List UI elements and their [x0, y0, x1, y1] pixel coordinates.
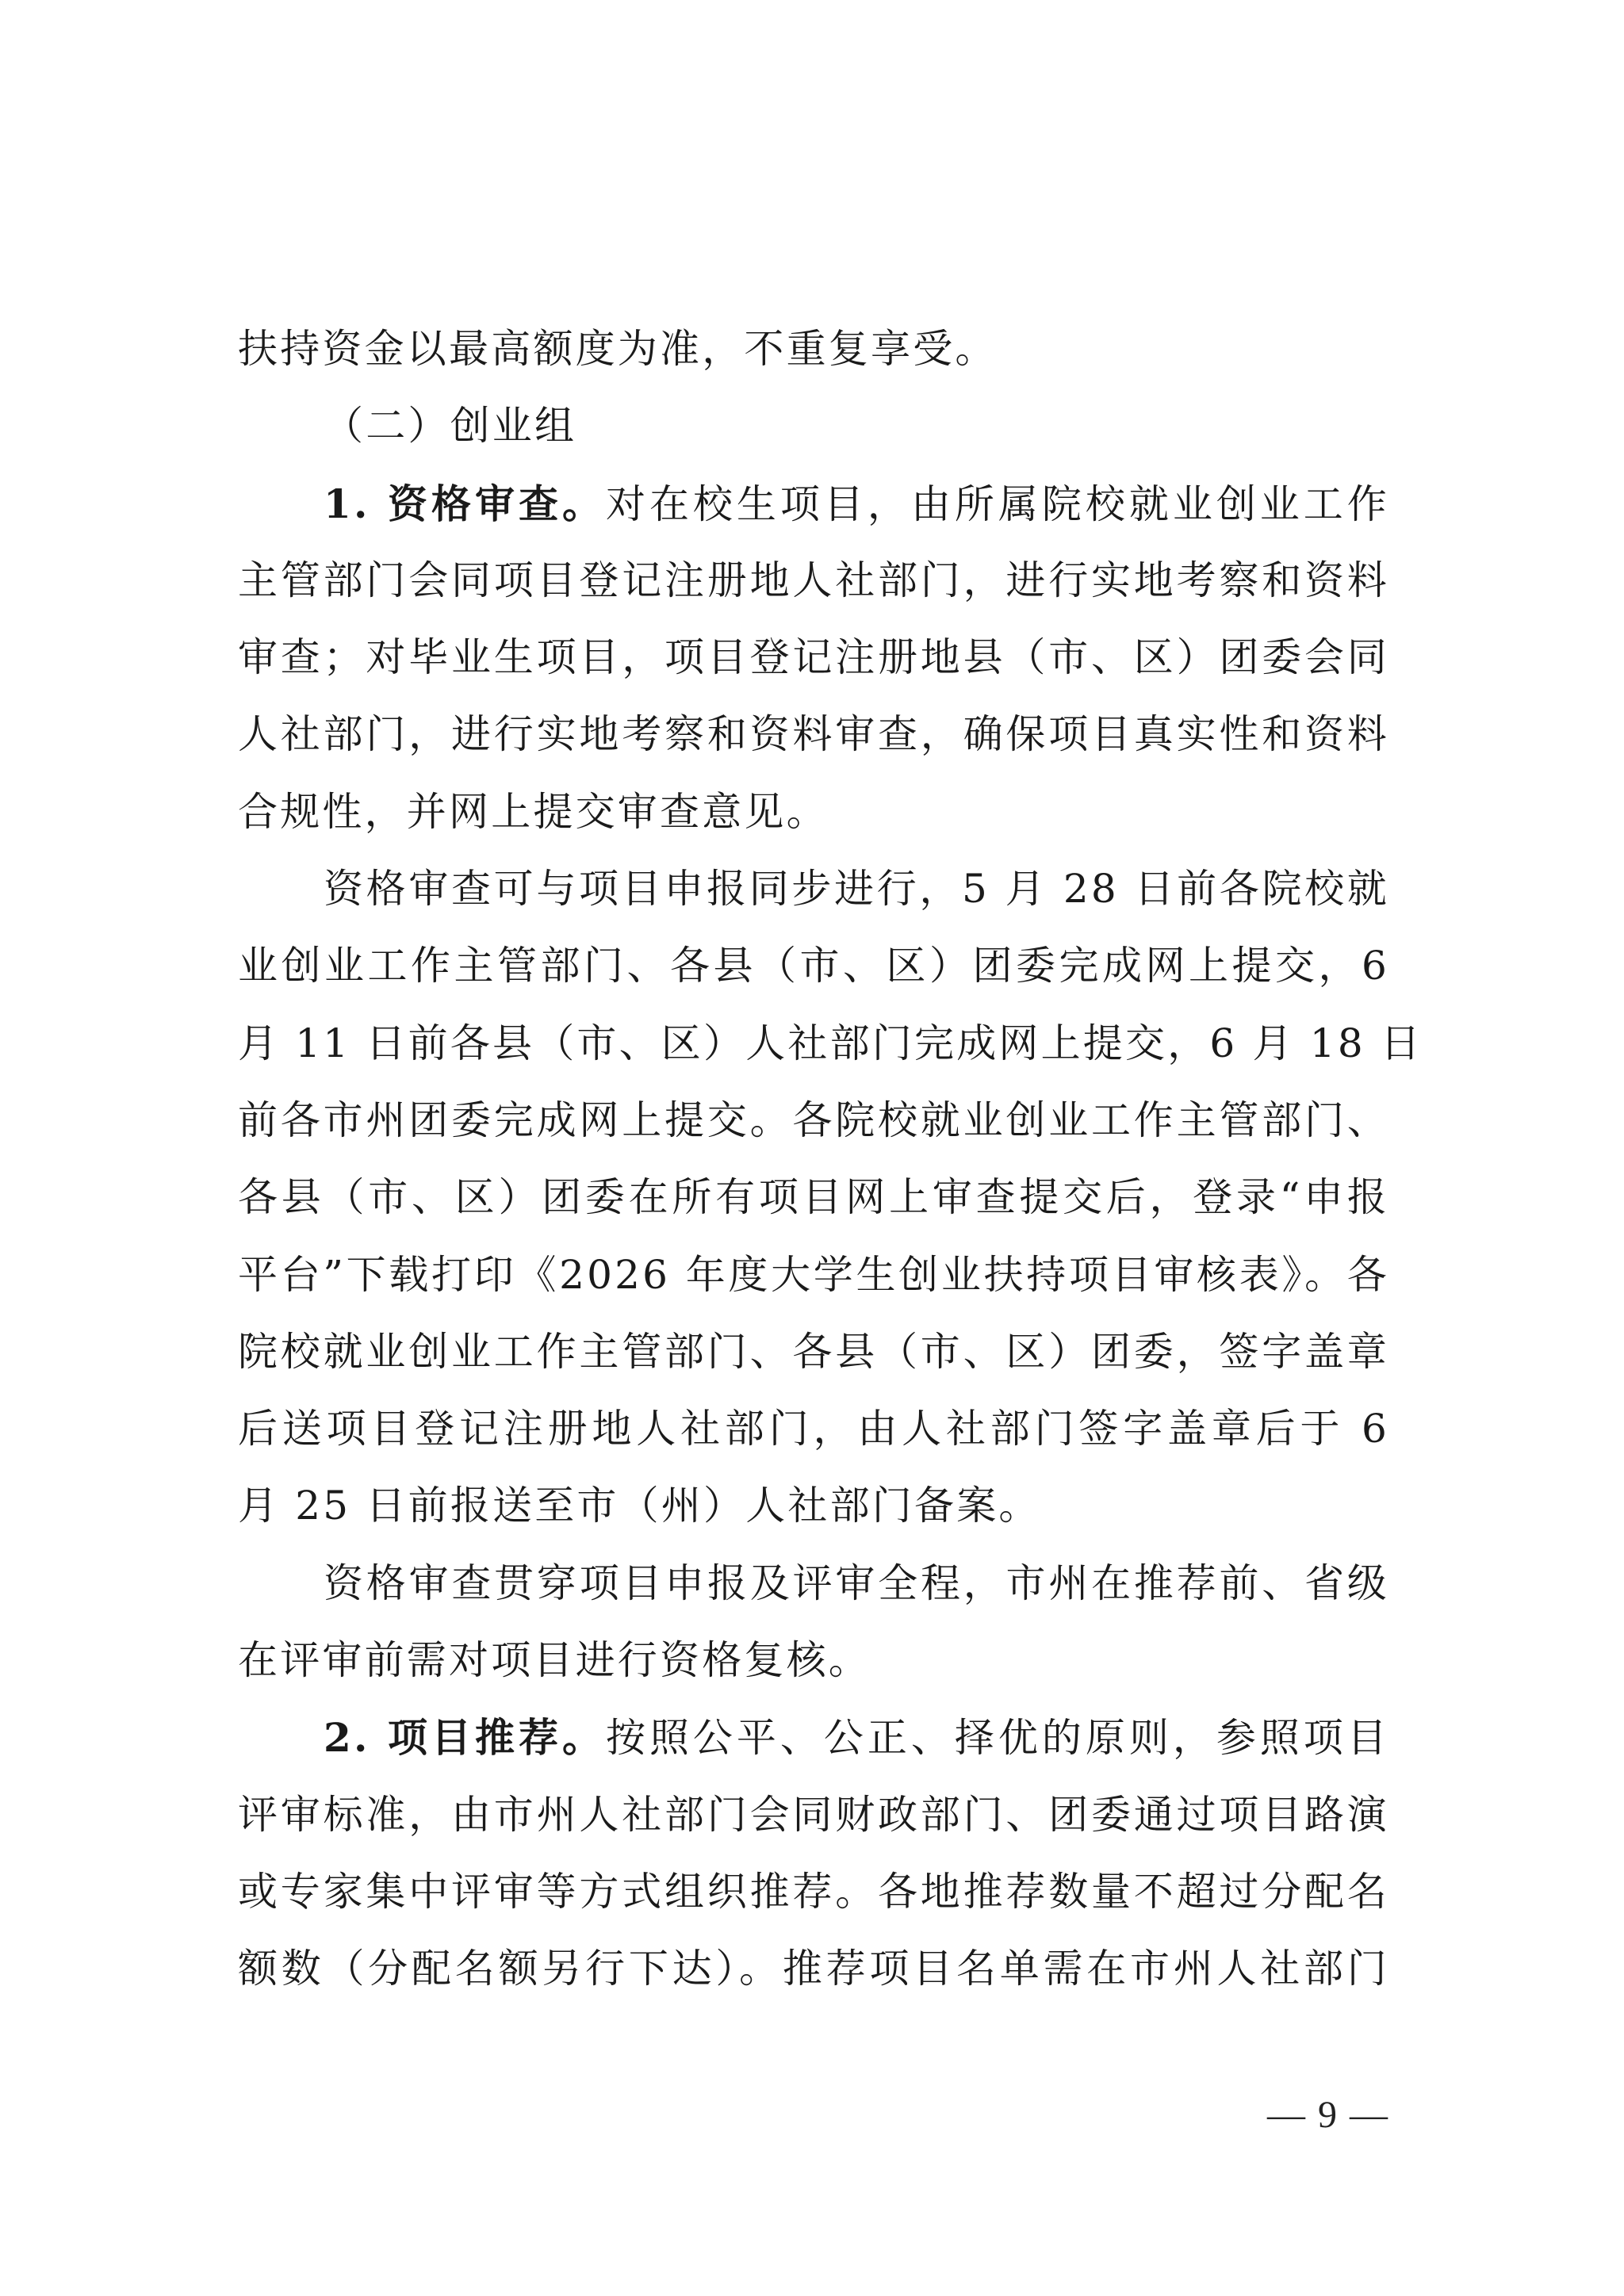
paragraph-line: 审查；对毕业生项目，项目登记注册地县（市、区）团委会同 [238, 619, 1389, 696]
paragraph-line: 评审标准，由市州人社部门会同财政部门、团委通过项目路演 [238, 1777, 1389, 1854]
line-text: 前各市州团委完成网上提交。各院校就业创业工作主管部门、 [238, 1097, 1389, 1143]
line-text: 月 25 日前报送至市（州）人社部门备案。 [238, 1483, 1041, 1529]
line-text: 业创业工作主管部门、各县（市、区）团委完成网上提交，6 [238, 943, 1389, 989]
paragraph-line: 月 11 日前各县（市、区）人社部门完成网上提交，6 月 18 日 [238, 1005, 1389, 1082]
paragraph-line: 人社部门，进行实地考察和资料审查，确保项目真实性和资料 [238, 696, 1389, 773]
line-text: 扶持资金以最高额度为准，不重复享受。 [238, 326, 998, 372]
line-text: 月 11 日前各县（市、区）人社部门完成网上提交，6 月 18 日 [238, 1020, 1423, 1066]
line-text: 合规性，并网上提交审查意见。 [238, 789, 829, 835]
paragraph-line: 月 25 日前报送至市（州）人社部门备案。 [238, 1468, 1389, 1544]
line-text: 对在校生项目，由所属院校就业创业工作 [606, 481, 1389, 527]
paragraph-line: 后送项目登记注册地人社部门，由人社部门签字盖章后于 6 [238, 1391, 1389, 1468]
line-text: 资格审查贯穿项目申报及评审全程，市州在推荐前、省级 [324, 1560, 1389, 1606]
paragraph-line: 合规性，并网上提交审查意见。 [238, 774, 1389, 851]
paragraph-line: 主管部门会同项目登记注册地人社部门，进行实地考察和资料 [238, 542, 1389, 619]
line-text: 院校就业创业工作主管部门、各县（市、区）团委，签字盖章 [238, 1329, 1389, 1375]
paragraph-line: 2. 项目推荐。按照公平、公正、择优的原则，参照项目 [238, 1699, 1389, 1776]
line-text: 评审标准，由市州人社部门会同财政部门、团委通过项目路演 [238, 1792, 1389, 1838]
paragraph-line: 或专家集中评审等方式组织推荐。各地推荐数量不超过分配名 [238, 1854, 1389, 1931]
paragraph-line: 额数（分配名额另行下达）。推荐项目名单需在市州人社部门 [238, 1931, 1389, 2007]
paragraph-line: 在评审前需对项目进行资格复核。 [238, 1622, 1389, 1699]
subheading-qualification-review: 1. 资格审查。 [324, 480, 606, 527]
line-text: 按照公平、公正、择优的原则，参照项目 [606, 1715, 1389, 1761]
line-text: 或专家集中评审等方式组织推荐。各地推荐数量不超过分配名 [238, 1869, 1389, 1915]
paragraph-line: 资格审查贯穿项目申报及评审全程，市州在推荐前、省级 [238, 1545, 1389, 1622]
line-text: 在评审前需对项目进行资格复核。 [238, 1637, 871, 1683]
line-text: 主管部门会同项目登记注册地人社部门，进行实地考察和资料 [238, 557, 1389, 603]
line-text: 审查；对毕业生项目，项目登记注册地县（市、区）团委会同 [238, 634, 1389, 680]
line-text: 人社部门，进行实地考察和资料审查，确保项目真实性和资料 [238, 711, 1389, 757]
line-text: 资格审查可与项目申报同步进行，5 月 28 日前各院校就 [324, 866, 1389, 912]
subheading-project-recommendation: 2. 项目推荐。 [324, 1714, 606, 1761]
paragraph-line: 平台”下载打印《2026 年度大学生创业扶持项目审核表》。各 [238, 1237, 1389, 1314]
line-text: 各县（市、区）团委在所有项目网上审查提交后，登录“申报 [238, 1174, 1389, 1220]
paragraph-line: 扶持资金以最高额度为准，不重复享受。 [238, 311, 1389, 388]
document-page: 扶持资金以最高额度为准，不重复享受。 （二）创业组 1. 资格审查。对在校生项目… [0, 0, 1624, 2296]
paragraph-line: 各县（市、区）团委在所有项目网上审查提交后，登录“申报 [238, 1159, 1389, 1236]
paragraph-line: 院校就业创业工作主管部门、各县（市、区）团委，签字盖章 [238, 1314, 1389, 1391]
paragraph-line: 资格审查可与项目申报同步进行，5 月 28 日前各院校就 [238, 851, 1389, 928]
page-number: — 9 — [1261, 2093, 1396, 2137]
body-text: 扶持资金以最高额度为准，不重复享受。 （二）创业组 1. 资格审查。对在校生项目… [238, 311, 1389, 2008]
heading-text: （二）创业组 [324, 403, 576, 449]
line-text: 后送项目登记注册地人社部门，由人社部门签字盖章后于 6 [238, 1406, 1389, 1452]
paragraph-line: 业创业工作主管部门、各县（市、区）团委完成网上提交，6 [238, 928, 1389, 1004]
line-text: 平台”下载打印《2026 年度大学生创业扶持项目审核表》。各 [238, 1252, 1389, 1298]
line-text: 额数（分配名额另行下达）。推荐项目名单需在市州人社部门 [238, 1946, 1389, 1992]
paragraph-line: 前各市州团委完成网上提交。各院校就业创业工作主管部门、 [238, 1082, 1389, 1159]
paragraph-line: 1. 资格审查。对在校生项目，由所属院校就业创业工作 [238, 465, 1389, 542]
section-heading-chuangye-group: （二）创业组 [238, 388, 1389, 465]
